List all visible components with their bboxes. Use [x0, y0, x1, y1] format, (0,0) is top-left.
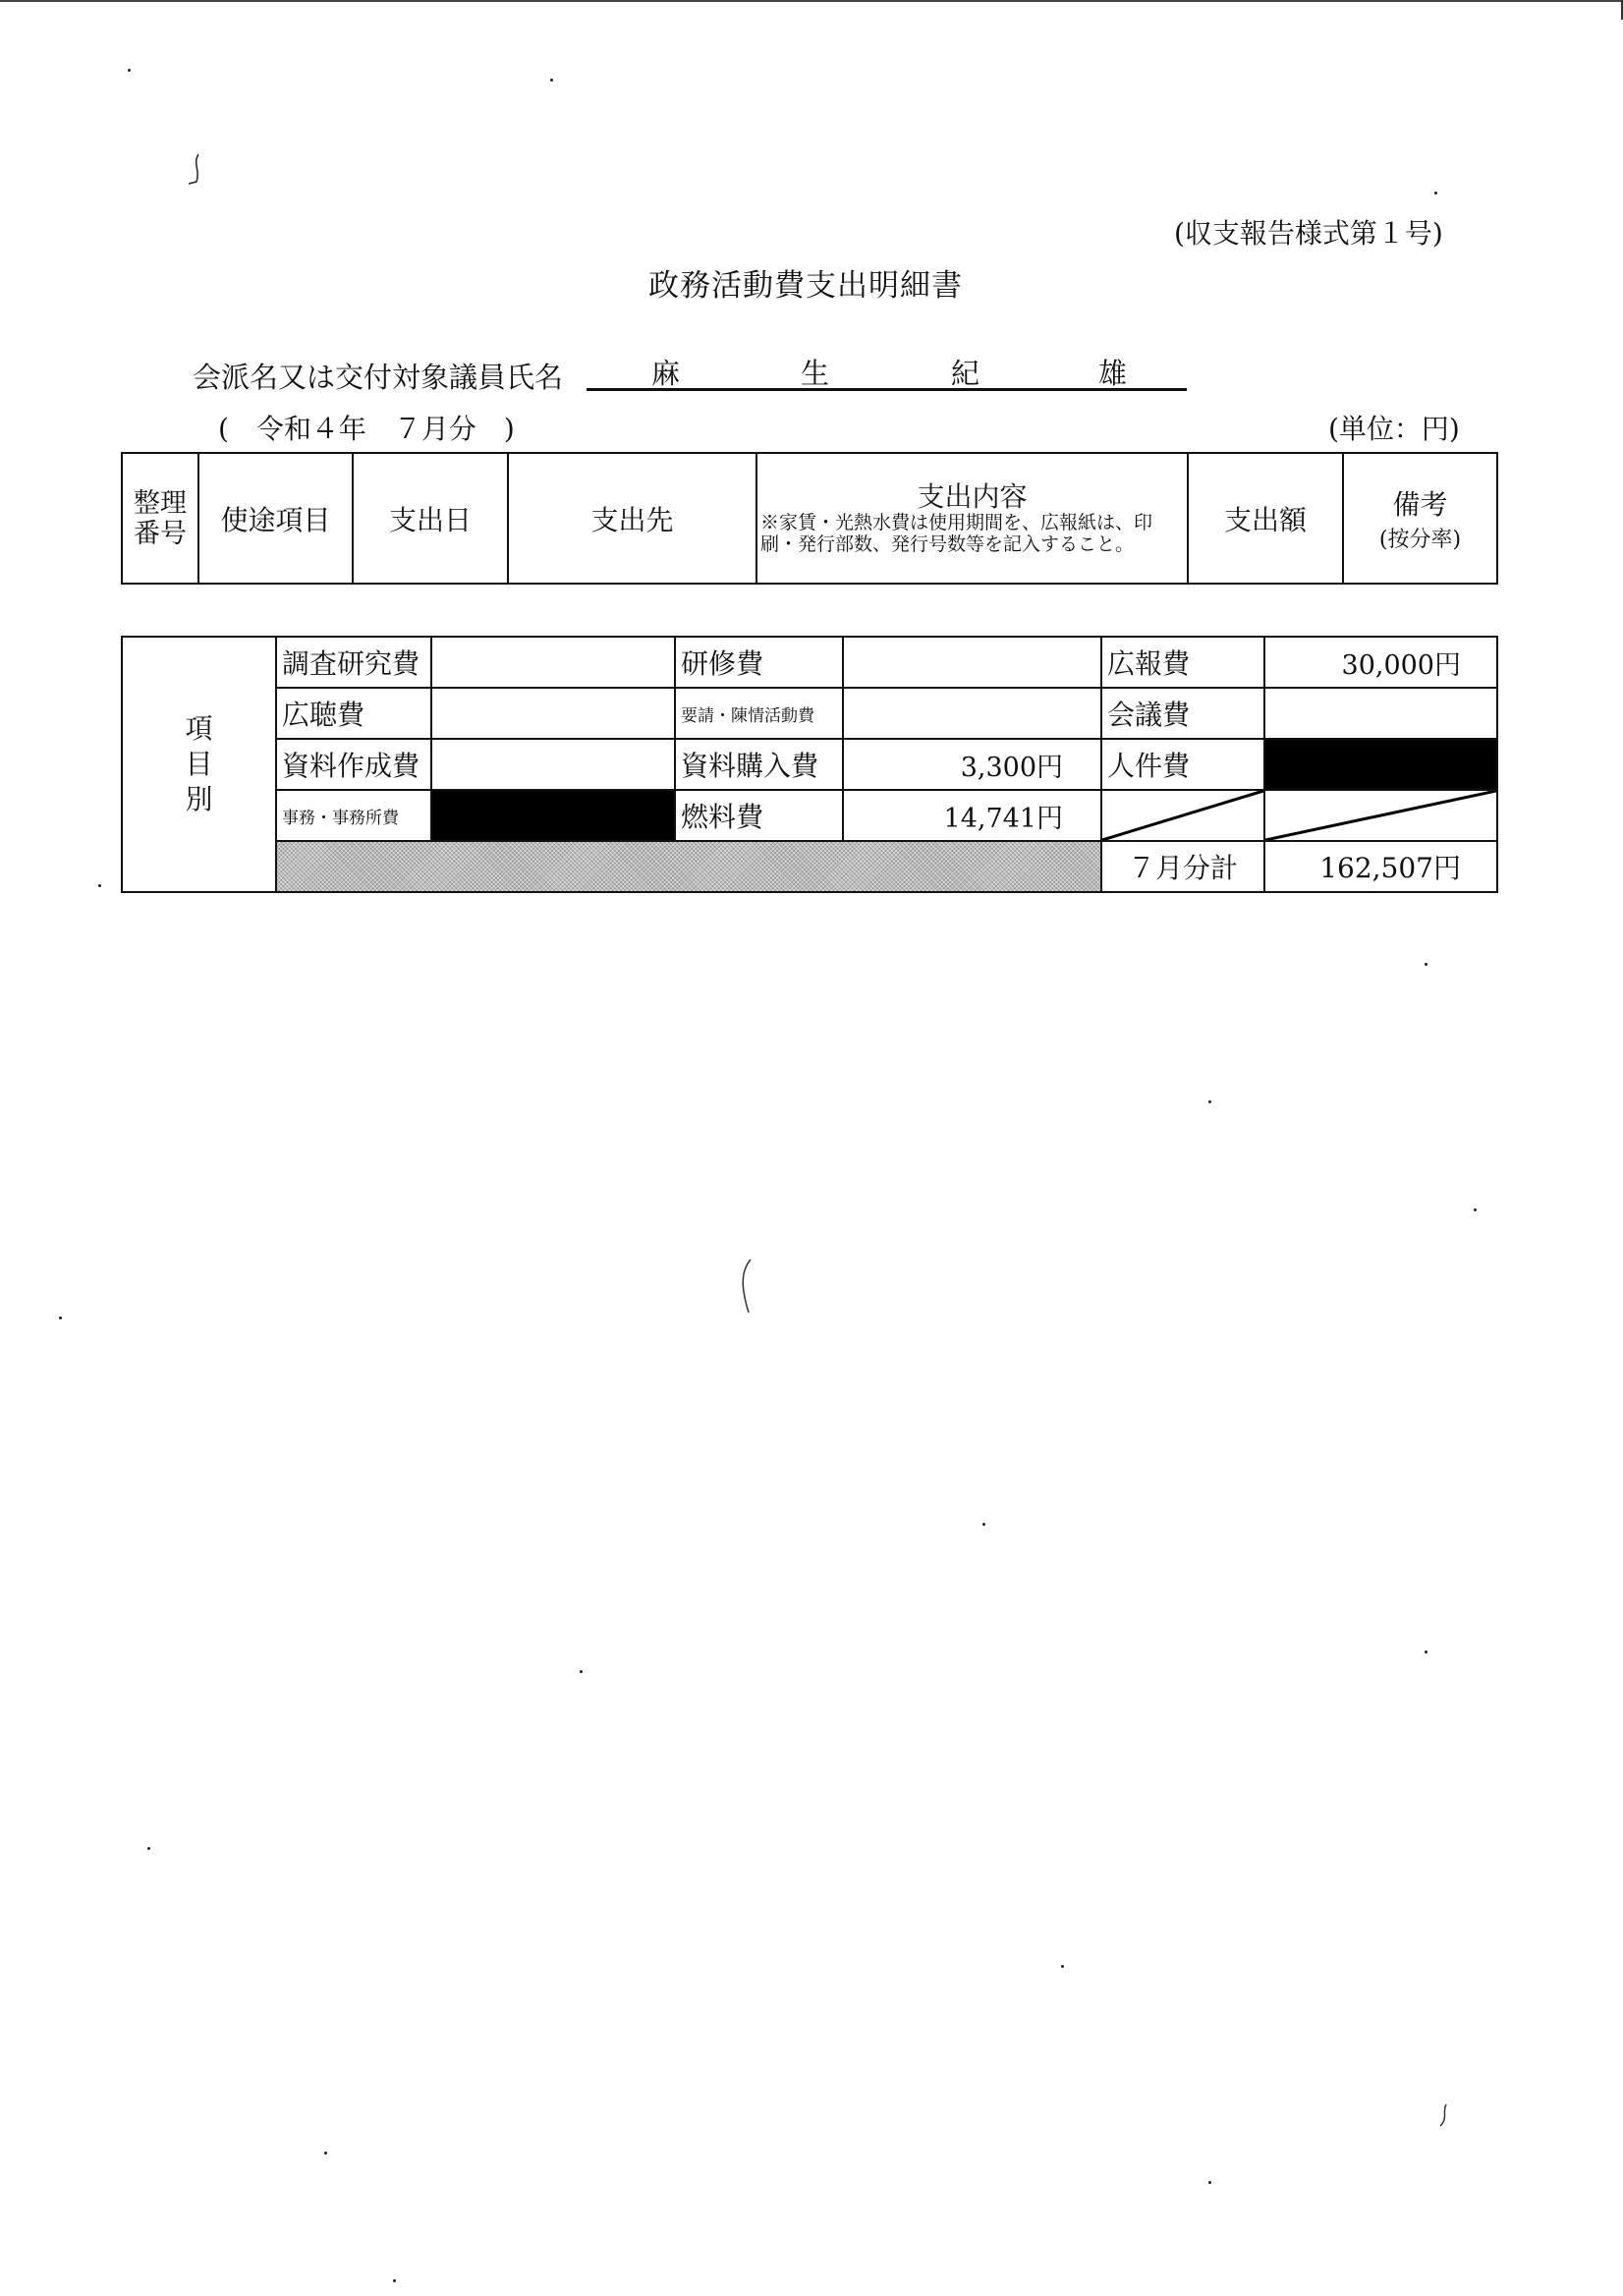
scan-speck [550, 79, 553, 82]
item-amount: 30,000円 [1264, 637, 1497, 688]
item-label: 人件費 [1101, 739, 1264, 790]
item-label: 燃料費 [675, 790, 843, 841]
member-name-char: 雄 [1098, 352, 1127, 392]
content-note: ※家賃・光熱水費は使用期間を、広報紙は、印刷・発行部数、発行号数等を記入すること… [757, 512, 1187, 555]
scan-speck [393, 2279, 396, 2282]
stray-pen-mark-icon [1434, 2102, 1454, 2132]
item-label: 研修費 [675, 637, 843, 688]
stray-pen-mark-icon [187, 152, 216, 192]
header-amount: 支出額 [1188, 453, 1343, 584]
scan-speck [324, 2152, 327, 2155]
member-name-char: 紀 [951, 352, 979, 392]
unit-label: (単位：円) [1328, 408, 1460, 447]
scan-speck [1061, 1965, 1064, 1968]
form-number: (収支報告様式第１号) [1174, 212, 1443, 252]
header-payee: 支出先 [508, 453, 756, 584]
scan-speck [98, 884, 101, 887]
scan-speck [128, 69, 131, 72]
item-amount [843, 688, 1101, 739]
struck-out-cell [1264, 790, 1497, 841]
member-name-char: 生 [801, 352, 829, 392]
item-amount: 3,300円 [843, 739, 1101, 790]
scan-speck [59, 1316, 62, 1319]
item-amount [1264, 688, 1497, 739]
struck-out-cell [1101, 790, 1264, 841]
item-label: 調査研究費 [276, 637, 431, 688]
scan-speck [580, 1670, 583, 1673]
item-amount: 14,741円 [843, 790, 1101, 841]
item-amount [431, 688, 675, 739]
redacted-amount [1264, 739, 1497, 790]
scan-speck [1434, 192, 1437, 195]
item-amount [431, 637, 675, 688]
document-title: 政務活動費支出明細書 [648, 260, 963, 305]
item-label: 広聴費 [276, 688, 431, 739]
reporting-period: ( 令和４年 ７月分 ) [218, 408, 515, 447]
total-amount: 162,507円 [1264, 841, 1497, 892]
scan-speck [1208, 1100, 1211, 1103]
item-label: 広報費 [1101, 637, 1264, 688]
scan-speck [1208, 2181, 1211, 2184]
header-date: 支出日 [353, 453, 508, 584]
item-amount [431, 739, 675, 790]
member-name-underline [587, 388, 1187, 391]
stray-pen-mark-icon [737, 1258, 756, 1316]
expense-detail-table: 整理 番号 使途項目 支出日 支出先 支出内容 ※家賃・光熱水費は使用期間を、広… [121, 452, 1498, 585]
item-label: 事務・事務所費 [276, 790, 431, 841]
member-name-char: 麻 [651, 352, 680, 392]
diagonal-strike-icon [1102, 791, 1263, 840]
header-number: 整理 番号 [122, 453, 198, 584]
scan-speck [1425, 963, 1427, 966]
item-label: 要請・陳情活動費 [675, 688, 843, 739]
item-amount [843, 637, 1101, 688]
header-purpose: 使途項目 [198, 453, 353, 584]
scan-edge-top [0, 0, 1623, 2]
category-summary-table: 項 目 別 調査研究費 研修費 広報費 30,000円 広聴費 要請・陳情活動費… [121, 636, 1498, 893]
total-label: ７月分計 [1101, 841, 1264, 892]
member-name-label: 会派名又は交付対象議員氏名 [193, 356, 563, 396]
scan-speck [147, 1847, 150, 1850]
scan-speck [1474, 1208, 1477, 1211]
header-content: 支出内容 ※家賃・光熱水費は使用期間を、広報紙は、印刷・発行部数、発行号数等を記… [756, 453, 1188, 584]
header-remarks: 備考 (按分率) [1343, 453, 1497, 584]
item-label: 資料作成費 [276, 739, 431, 790]
item-label: 会議費 [1101, 688, 1264, 739]
redacted-amount [431, 790, 675, 841]
scan-speck [1425, 1651, 1427, 1653]
shaded-area [276, 841, 1101, 892]
diagonal-strike-icon [1265, 791, 1496, 840]
item-label: 資料購入費 [675, 739, 843, 790]
category-label: 項 目 別 [122, 637, 276, 892]
scan-speck [982, 1523, 985, 1526]
